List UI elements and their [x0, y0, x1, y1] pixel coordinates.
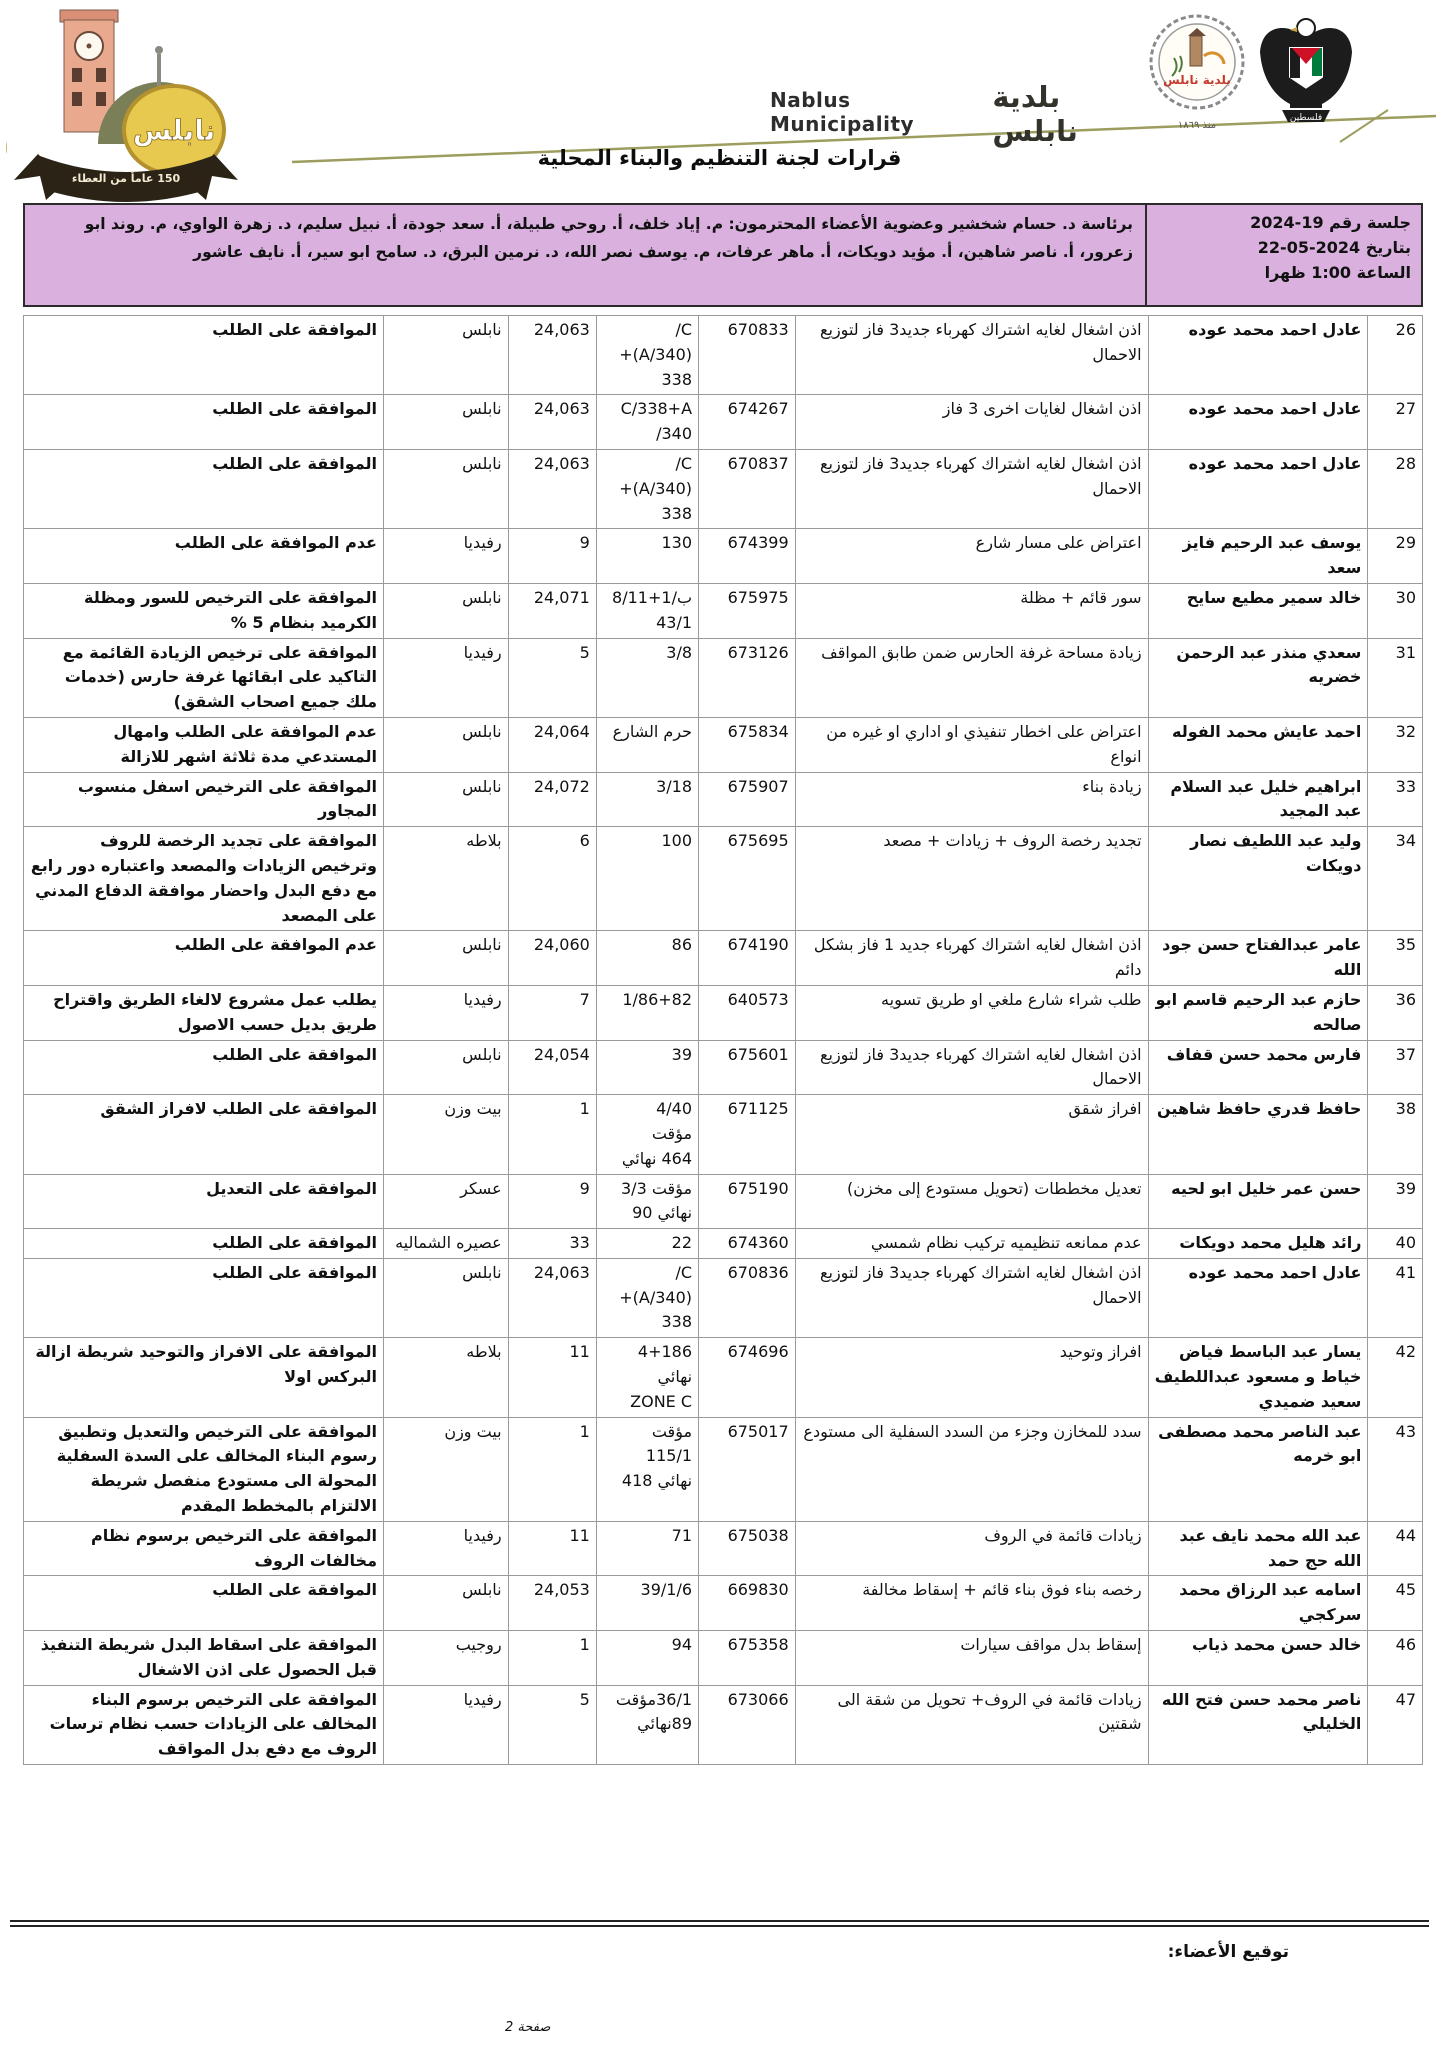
applicant-name-cell: حازم عبد الرحيم قاسم ابو صالحه — [1148, 985, 1368, 1040]
parcel-cell: 4/40 مؤقت 464 نهائي — [596, 1095, 698, 1174]
subject-cell: زيادة مساحة غرفة الحارس ضمن طابق المواقف — [795, 638, 1148, 717]
decision-cell: الموافقة على الطلب لافراز الشقق — [24, 1095, 384, 1174]
decision-cell: الموافقة على الترخيص برسوم نظام مخالفات … — [24, 1521, 384, 1576]
session-meta: جلسة رقم 19-2024 بتاريخ 2024-05-22 الساع… — [1145, 205, 1421, 305]
applicant-name-cell: اسامه عبد الرزاق محمد سركجي — [1148, 1576, 1368, 1631]
table-row: 31سعدي منذر عبد الرحمن خضريهزيادة مساحة … — [24, 638, 1423, 717]
municipality-seal-icon: بلدية نابلس منذ ١٨٦٩ — [1146, 12, 1248, 134]
row-number-cell: 42 — [1368, 1338, 1423, 1417]
table-row: 28عادل احمد محمد عودهاذن اشغال لغايه اشت… — [24, 449, 1423, 528]
decision-cell: عدم الموافقة على الطلب — [24, 529, 384, 584]
row-number-cell: 32 — [1368, 717, 1423, 772]
application-number-cell: 675190 — [699, 1174, 796, 1229]
parcel-cell: مؤقت 115/1 نهائي 418 — [596, 1417, 698, 1521]
anniversary-banner-text: 150 عاماً من العطاء — [72, 170, 181, 185]
decision-cell: الموافقة على اسقاط البدل شريطة التنفيذ ق… — [24, 1631, 384, 1686]
decision-cell: الموافقة على الطلب — [24, 316, 384, 395]
table-row: 30خالد سمير مطيع سايحسور قائم + مظلة6759… — [24, 583, 1423, 638]
applicant-name-cell: خالد سمير مطيع سايح — [1148, 583, 1368, 638]
location-cell: بيت وزن — [383, 1095, 508, 1174]
location-cell: رفيديا — [383, 1521, 508, 1576]
anniversary-digits: 15 — [6, 86, 12, 191]
applicant-name-cell: رائد هليل محمد دويكات — [1148, 1229, 1368, 1259]
decision-cell: الموافقة على الترخيص اسفل منسوب المجاور — [24, 772, 384, 827]
session-date: بتاريخ 2024-05-22 — [1157, 236, 1411, 261]
block-cell: 24,054 — [508, 1040, 596, 1095]
row-number-cell: 28 — [1368, 449, 1423, 528]
session-number: جلسة رقم 19-2024 — [1157, 211, 1411, 236]
location-cell: رفيديا — [383, 638, 508, 717]
location-cell: روجيب — [383, 1631, 508, 1686]
row-number-cell: 38 — [1368, 1095, 1423, 1174]
application-number-cell: 673126 — [699, 638, 796, 717]
application-number-cell: 675975 — [699, 583, 796, 638]
decision-cell: الموافقة على الافراز والتوحيد شريطة ازال… — [24, 1338, 384, 1417]
block-cell: 24,063 — [508, 449, 596, 528]
block-cell: 6 — [508, 827, 596, 931]
application-number-cell: 673066 — [699, 1685, 796, 1764]
eagle-banner-text: فلسطين — [1290, 113, 1322, 123]
block-cell: 9 — [508, 529, 596, 584]
decision-cell: الموافقة على ترخيص الزيادة القائمة مع ال… — [24, 638, 384, 717]
block-cell: 5 — [508, 638, 596, 717]
row-number-cell: 36 — [1368, 985, 1423, 1040]
block-cell: 24,063 — [508, 1258, 596, 1337]
application-number-cell: 675907 — [699, 772, 796, 827]
block-cell: 24,064 — [508, 717, 596, 772]
municipality-brand: Nablus Municipality بلدية نابلس — [770, 80, 1142, 148]
members-signature-label: توقيع الأعضاء: — [1168, 1942, 1289, 1962]
decision-cell: الموافقة على التعديل — [24, 1174, 384, 1229]
subject-cell: سدد للمخازن وجزء من السدد السفلية الى مس… — [795, 1417, 1148, 1521]
parcel-cell: 100 — [596, 827, 698, 931]
subject-cell: اذن اشغال لغايات اخرى 3 فاز — [795, 395, 1148, 450]
applicant-name-cell: احمد عايش محمد الفوله — [1148, 717, 1368, 772]
row-number-cell: 31 — [1368, 638, 1423, 717]
footer-divider — [10, 1920, 1429, 1927]
subject-cell: رخصه بناء فوق بناء قائم + إسقاط مخالفة — [795, 1576, 1148, 1631]
table-row: 47ناصر محمد حسن فتح الله الخليليزيادات ق… — [24, 1685, 1423, 1764]
applicant-name-cell: يوسف عبد الرحيم فايز سعد — [1148, 529, 1368, 584]
application-number-cell: 671125 — [699, 1095, 796, 1174]
subject-cell: سور قائم + مظلة — [795, 583, 1148, 638]
location-cell: نابلس — [383, 772, 508, 827]
applicant-name-cell: وليد عبد اللطيف نصار دويكات — [1148, 827, 1368, 931]
applicant-name-cell: عامر عبدالفتاح حسن جود الله — [1148, 931, 1368, 986]
table-row: 41عادل احمد محمد عودهاذن اشغال لغايه اشت… — [24, 1258, 1423, 1337]
application-number-cell: 670837 — [699, 449, 796, 528]
row-number-cell: 26 — [1368, 316, 1423, 395]
decision-cell: الموافقة على الطلب — [24, 1229, 384, 1259]
parcel-cell: ‎C/338+A ‎/340 — [596, 395, 698, 450]
application-number-cell: 675695 — [699, 827, 796, 931]
parcel-cell: ‎C/ ‎+(A/340) ‎338 — [596, 1258, 698, 1337]
parcel-cell: 4+186 نهائي ‎ZONE C — [596, 1338, 698, 1417]
table-row: 27عادل احمد محمد عودهاذن اشغال لغايات اخ… — [24, 395, 1423, 450]
application-number-cell: 675017 — [699, 1417, 796, 1521]
location-cell: نابلس — [383, 717, 508, 772]
application-number-cell: 640573 — [699, 985, 796, 1040]
subject-cell: اعتراض على مسار شارع — [795, 529, 1148, 584]
location-cell: نابلس — [383, 449, 508, 528]
applicant-name-cell: يسار عبد الباسط فياض خياط و مسعود عبدالل… — [1148, 1338, 1368, 1417]
location-cell: نابلس — [383, 316, 508, 395]
row-number-cell: 47 — [1368, 1685, 1423, 1764]
subject-cell: زيادات قائمة في الروف — [795, 1521, 1148, 1576]
applicant-name-cell: خالد حسن محمد ذياب — [1148, 1631, 1368, 1686]
parcel-cell: 39 — [596, 1040, 698, 1095]
table-row: 29يوسف عبد الرحيم فايز سعداعتراض على مسا… — [24, 529, 1423, 584]
application-number-cell: 675834 — [699, 717, 796, 772]
location-cell: رفيديا — [383, 529, 508, 584]
parcel-cell: ‎C/ ‎+(A/340) ‎338 — [596, 449, 698, 528]
parcel-cell: حرم الشارع — [596, 717, 698, 772]
row-number-cell: 34 — [1368, 827, 1423, 931]
table-row: 40رائد هليل محمد دويكاتعدم ممانعه تنظيمي… — [24, 1229, 1423, 1259]
subject-cell: تجديد رخصة الروف + زيادات + مصعد — [795, 827, 1148, 931]
block-cell: 1 — [508, 1095, 596, 1174]
decisions-table: 26عادل احمد محمد عودهاذن اشغال لغايه اشت… — [23, 315, 1423, 1765]
subject-cell: اذن اشغال لغايه اشتراك كهرباء جديد3 فاز … — [795, 316, 1148, 395]
location-cell: رفيديا — [383, 985, 508, 1040]
applicant-name-cell: حسن عمر خليل ابو لحيه — [1148, 1174, 1368, 1229]
palestine-eagle-icon: فلسطين — [1252, 12, 1360, 126]
location-cell: عصيره الشماليه — [383, 1229, 508, 1259]
parcel-cell: 3/18 — [596, 772, 698, 827]
anniversary-150-icon: 15 نابلس 150 عاماً من العطاء — [6, 4, 246, 204]
decision-cell: الموافقة على الطلب — [24, 1576, 384, 1631]
application-number-cell: 674399 — [699, 529, 796, 584]
application-number-cell: 675601 — [699, 1040, 796, 1095]
location-cell: بيت وزن — [383, 1417, 508, 1521]
subject-cell: زيادة بناء — [795, 772, 1148, 827]
decision-cell: الموافقة على الطلب — [24, 1040, 384, 1095]
parcel-cell: 3/8 — [596, 638, 698, 717]
parcel-cell: 71 — [596, 1521, 698, 1576]
location-cell: رفيديا — [383, 1685, 508, 1764]
location-cell: نابلس — [383, 1576, 508, 1631]
row-number-cell: 40 — [1368, 1229, 1423, 1259]
table-row: 42يسار عبد الباسط فياض خياط و مسعود عبدا… — [24, 1338, 1423, 1417]
parcel-cell: مؤقت 3/3 نهائي 90 — [596, 1174, 698, 1229]
location-cell: نابلس — [383, 583, 508, 638]
decision-cell: يطلب عمل مشروع لالغاء الطريق واقتراح طري… — [24, 985, 384, 1040]
table-row: 34وليد عبد اللطيف نصار دويكاتتجديد رخصة … — [24, 827, 1423, 931]
block-cell: 1 — [508, 1417, 596, 1521]
row-number-cell: 30 — [1368, 583, 1423, 638]
subject-cell: إسقاط بدل مواقف سيارات — [795, 1631, 1148, 1686]
subject-cell: افراز وتوحيد — [795, 1338, 1148, 1417]
decision-cell: الموافقة على الترخيص والتعديل وتطبيق رسو… — [24, 1417, 384, 1521]
application-number-cell: 675038 — [699, 1521, 796, 1576]
parcel-cell: 130 — [596, 529, 698, 584]
row-number-cell: 39 — [1368, 1174, 1423, 1229]
application-number-cell: 674360 — [699, 1229, 796, 1259]
row-number-cell: 43 — [1368, 1417, 1423, 1521]
decision-cell: عدم الموافقة على الطلب — [24, 931, 384, 986]
page-title: قرارات لجنة التنظيم والبناء المحلية — [0, 146, 1439, 170]
block-cell: 24,071 — [508, 583, 596, 638]
block-cell: 33 — [508, 1229, 596, 1259]
table-row: 37فارس محمد حسن قفافاذن اشغال لغايه اشتر… — [24, 1040, 1423, 1095]
table-row: 26عادل احمد محمد عودهاذن اشغال لغايه اشت… — [24, 316, 1423, 395]
parcel-cell: ‎C/ ‎+(A/340) ‎338 — [596, 316, 698, 395]
row-number-cell: 45 — [1368, 1576, 1423, 1631]
table-row: 43عبد الناصر محمد مصطفى ابو خرمهسدد للمخ… — [24, 1417, 1423, 1521]
application-number-cell: 675358 — [699, 1631, 796, 1686]
subject-cell: اذن اشغال لغايه اشتراك كهرباء جديد3 فاز … — [795, 1258, 1148, 1337]
block-cell: 24,063 — [508, 395, 596, 450]
applicant-name-cell: عادل احمد محمد عوده — [1148, 395, 1368, 450]
row-number-cell: 29 — [1368, 529, 1423, 584]
applicant-name-cell: عادل احمد محمد عوده — [1148, 1258, 1368, 1337]
row-number-cell: 27 — [1368, 395, 1423, 450]
application-number-cell: 674190 — [699, 931, 796, 986]
location-cell: نابلس — [383, 395, 508, 450]
applicant-name-cell: عبد الناصر محمد مصطفى ابو خرمه — [1148, 1417, 1368, 1521]
block-cell: 24,063 — [508, 316, 596, 395]
row-number-cell: 35 — [1368, 931, 1423, 986]
subject-cell: طلب شراء شارع ملغي او طريق تسويه — [795, 985, 1148, 1040]
application-number-cell: 674696 — [699, 1338, 796, 1417]
row-number-cell: 46 — [1368, 1631, 1423, 1686]
page-number: صفحة 2 — [505, 2020, 550, 2035]
municipality-name-ar: بلدية نابلس — [992, 80, 1142, 148]
application-number-cell: 670833 — [699, 316, 796, 395]
subject-cell: اعتراض على اخطار تنفيذي او اداري او غيره… — [795, 717, 1148, 772]
table-row: 33ابراهيم خليل عبد السلام عبد المجيدزياد… — [24, 772, 1423, 827]
subject-cell: افراز شقق — [795, 1095, 1148, 1174]
row-number-cell: 44 — [1368, 1521, 1423, 1576]
parcel-cell: 22 — [596, 1229, 698, 1259]
subject-cell: اذن اشغال لغايه اشتراك كهرباء جديد3 فاز … — [795, 449, 1148, 528]
block-cell: 24,060 — [508, 931, 596, 986]
applicant-name-cell: ناصر محمد حسن فتح الله الخليلي — [1148, 1685, 1368, 1764]
decision-cell: الموافقة على الترخيص برسوم البناء المخال… — [24, 1685, 384, 1764]
applicant-name-cell: عادل احمد محمد عوده — [1148, 449, 1368, 528]
applicant-name-cell: ابراهيم خليل عبد السلام عبد المجيد — [1148, 772, 1368, 827]
block-cell: 24,053 — [508, 1576, 596, 1631]
row-number-cell: 41 — [1368, 1258, 1423, 1337]
subject-cell: تعديل مخططات (تحويل مستودع إلى مخزن) — [795, 1174, 1148, 1229]
table-row: 36حازم عبد الرحيم قاسم ابو صالحهطلب شراء… — [24, 985, 1423, 1040]
row-number-cell: 37 — [1368, 1040, 1423, 1095]
applicant-name-cell: عادل احمد محمد عوده — [1148, 316, 1368, 395]
decision-cell: الموافقة على الطلب — [24, 449, 384, 528]
block-cell: 11 — [508, 1338, 596, 1417]
subject-cell: زيادات قائمة في الروف+ تحويل من شقة الى … — [795, 1685, 1148, 1764]
subject-cell: اذن اشغال لغايه اشتراك كهرباء جديد 1 فاز… — [795, 931, 1148, 986]
location-cell: عسكر — [383, 1174, 508, 1229]
anniversary-zero-text: نابلس — [133, 114, 216, 147]
location-cell: نابلس — [383, 931, 508, 986]
parcel-cell: 86 — [596, 931, 698, 986]
decision-cell: عدم الموافقة على الطلب وامهال المستدعي م… — [24, 717, 384, 772]
location-cell: نابلس — [383, 1258, 508, 1337]
subject-cell: اذن اشغال لغايه اشتراك كهرباء جديد3 فاز … — [795, 1040, 1148, 1095]
parcel-cell: 36/1مؤقت 89نهائي — [596, 1685, 698, 1764]
decision-cell: الموافقة على الطلب — [24, 1258, 384, 1337]
application-number-cell: 674267 — [699, 395, 796, 450]
parcel-cell: 94 — [596, 1631, 698, 1686]
applicant-name-cell: عبد الله محمد نايف عبد الله حج حمد — [1148, 1521, 1368, 1576]
table-row: 46خالد حسن محمد ذيابإسقاط بدل مواقف سيار… — [24, 1631, 1423, 1686]
block-cell: 24,072 — [508, 772, 596, 827]
applicant-name-cell: فارس محمد حسن قفاف — [1148, 1040, 1368, 1095]
decision-cell: الموافقة على تجديد الرخصة للروف وترخيص ا… — [24, 827, 384, 931]
table-row: 38حافظ قدري حافظ شاهينافراز شقق6711254/4… — [24, 1095, 1423, 1174]
table-row: 44عبد الله محمد نايف عبد الله حج حمدزياد… — [24, 1521, 1423, 1576]
table-row: 32احمد عايش محمد الفولهاعتراض على اخطار … — [24, 717, 1423, 772]
session-time: الساعة 1:00 ظهرا — [1157, 261, 1411, 286]
location-cell: نابلس — [383, 1040, 508, 1095]
applicant-name-cell: سعدي منذر عبد الرحمن خضريه — [1148, 638, 1368, 717]
block-cell: 5 — [508, 1685, 596, 1764]
seal-title-text: بلدية نابلس — [1163, 73, 1231, 87]
session-box: جلسة رقم 19-2024 بتاريخ 2024-05-22 الساع… — [23, 203, 1423, 307]
parcel-cell: 39/1/6 — [596, 1576, 698, 1631]
parcel-cell: ب/1+8/11 43/1 — [596, 583, 698, 638]
block-cell: 1 — [508, 1631, 596, 1686]
block-cell: 7 — [508, 985, 596, 1040]
seal-since-text: منذ ١٨٦٩ — [1178, 120, 1216, 131]
row-number-cell: 33 — [1368, 772, 1423, 827]
subject-cell: عدم ممانعه تنظيميه تركيب نظام شمسي — [795, 1229, 1148, 1259]
block-cell: 11 — [508, 1521, 596, 1576]
block-cell: 9 — [508, 1174, 596, 1229]
applicant-name-cell: حافظ قدري حافظ شاهين — [1148, 1095, 1368, 1174]
anniversary-150-logo: 15 نابلس 150 عاماً من العطاء — [6, 4, 246, 204]
decision-cell: الموافقة على الطلب — [24, 395, 384, 450]
application-number-cell: 670836 — [699, 1258, 796, 1337]
decision-cell: الموافقة على الترخيص للسور ومظلة الكرميد… — [24, 583, 384, 638]
application-number-cell: 669830 — [699, 1576, 796, 1631]
parcel-cell: 1/86+82 — [596, 985, 698, 1040]
attendees-text: برئاسة د. حسام شخشير وعضوية الأعضاء المح… — [25, 205, 1145, 305]
decisions-table-body: 26عادل احمد محمد عودهاذن اشغال لغايه اشت… — [24, 316, 1423, 1765]
municipality-seal: بلدية نابلس منذ ١٨٦٩ — [1146, 12, 1248, 138]
municipality-name-en: Nablus Municipality — [770, 88, 982, 136]
palestine-eagle-emblem: فلسطين — [1252, 12, 1360, 130]
table-row: 39حسن عمر خليل ابو لحيهتعديل مخططات (تحو… — [24, 1174, 1423, 1229]
location-cell: بلاطه — [383, 1338, 508, 1417]
table-row: 35عامر عبدالفتاح حسن جود اللهاذن اشغال ل… — [24, 931, 1423, 986]
location-cell: بلاطه — [383, 827, 508, 931]
table-row: 45اسامه عبد الرزاق محمد سركجيرخصه بناء ف… — [24, 1576, 1423, 1631]
